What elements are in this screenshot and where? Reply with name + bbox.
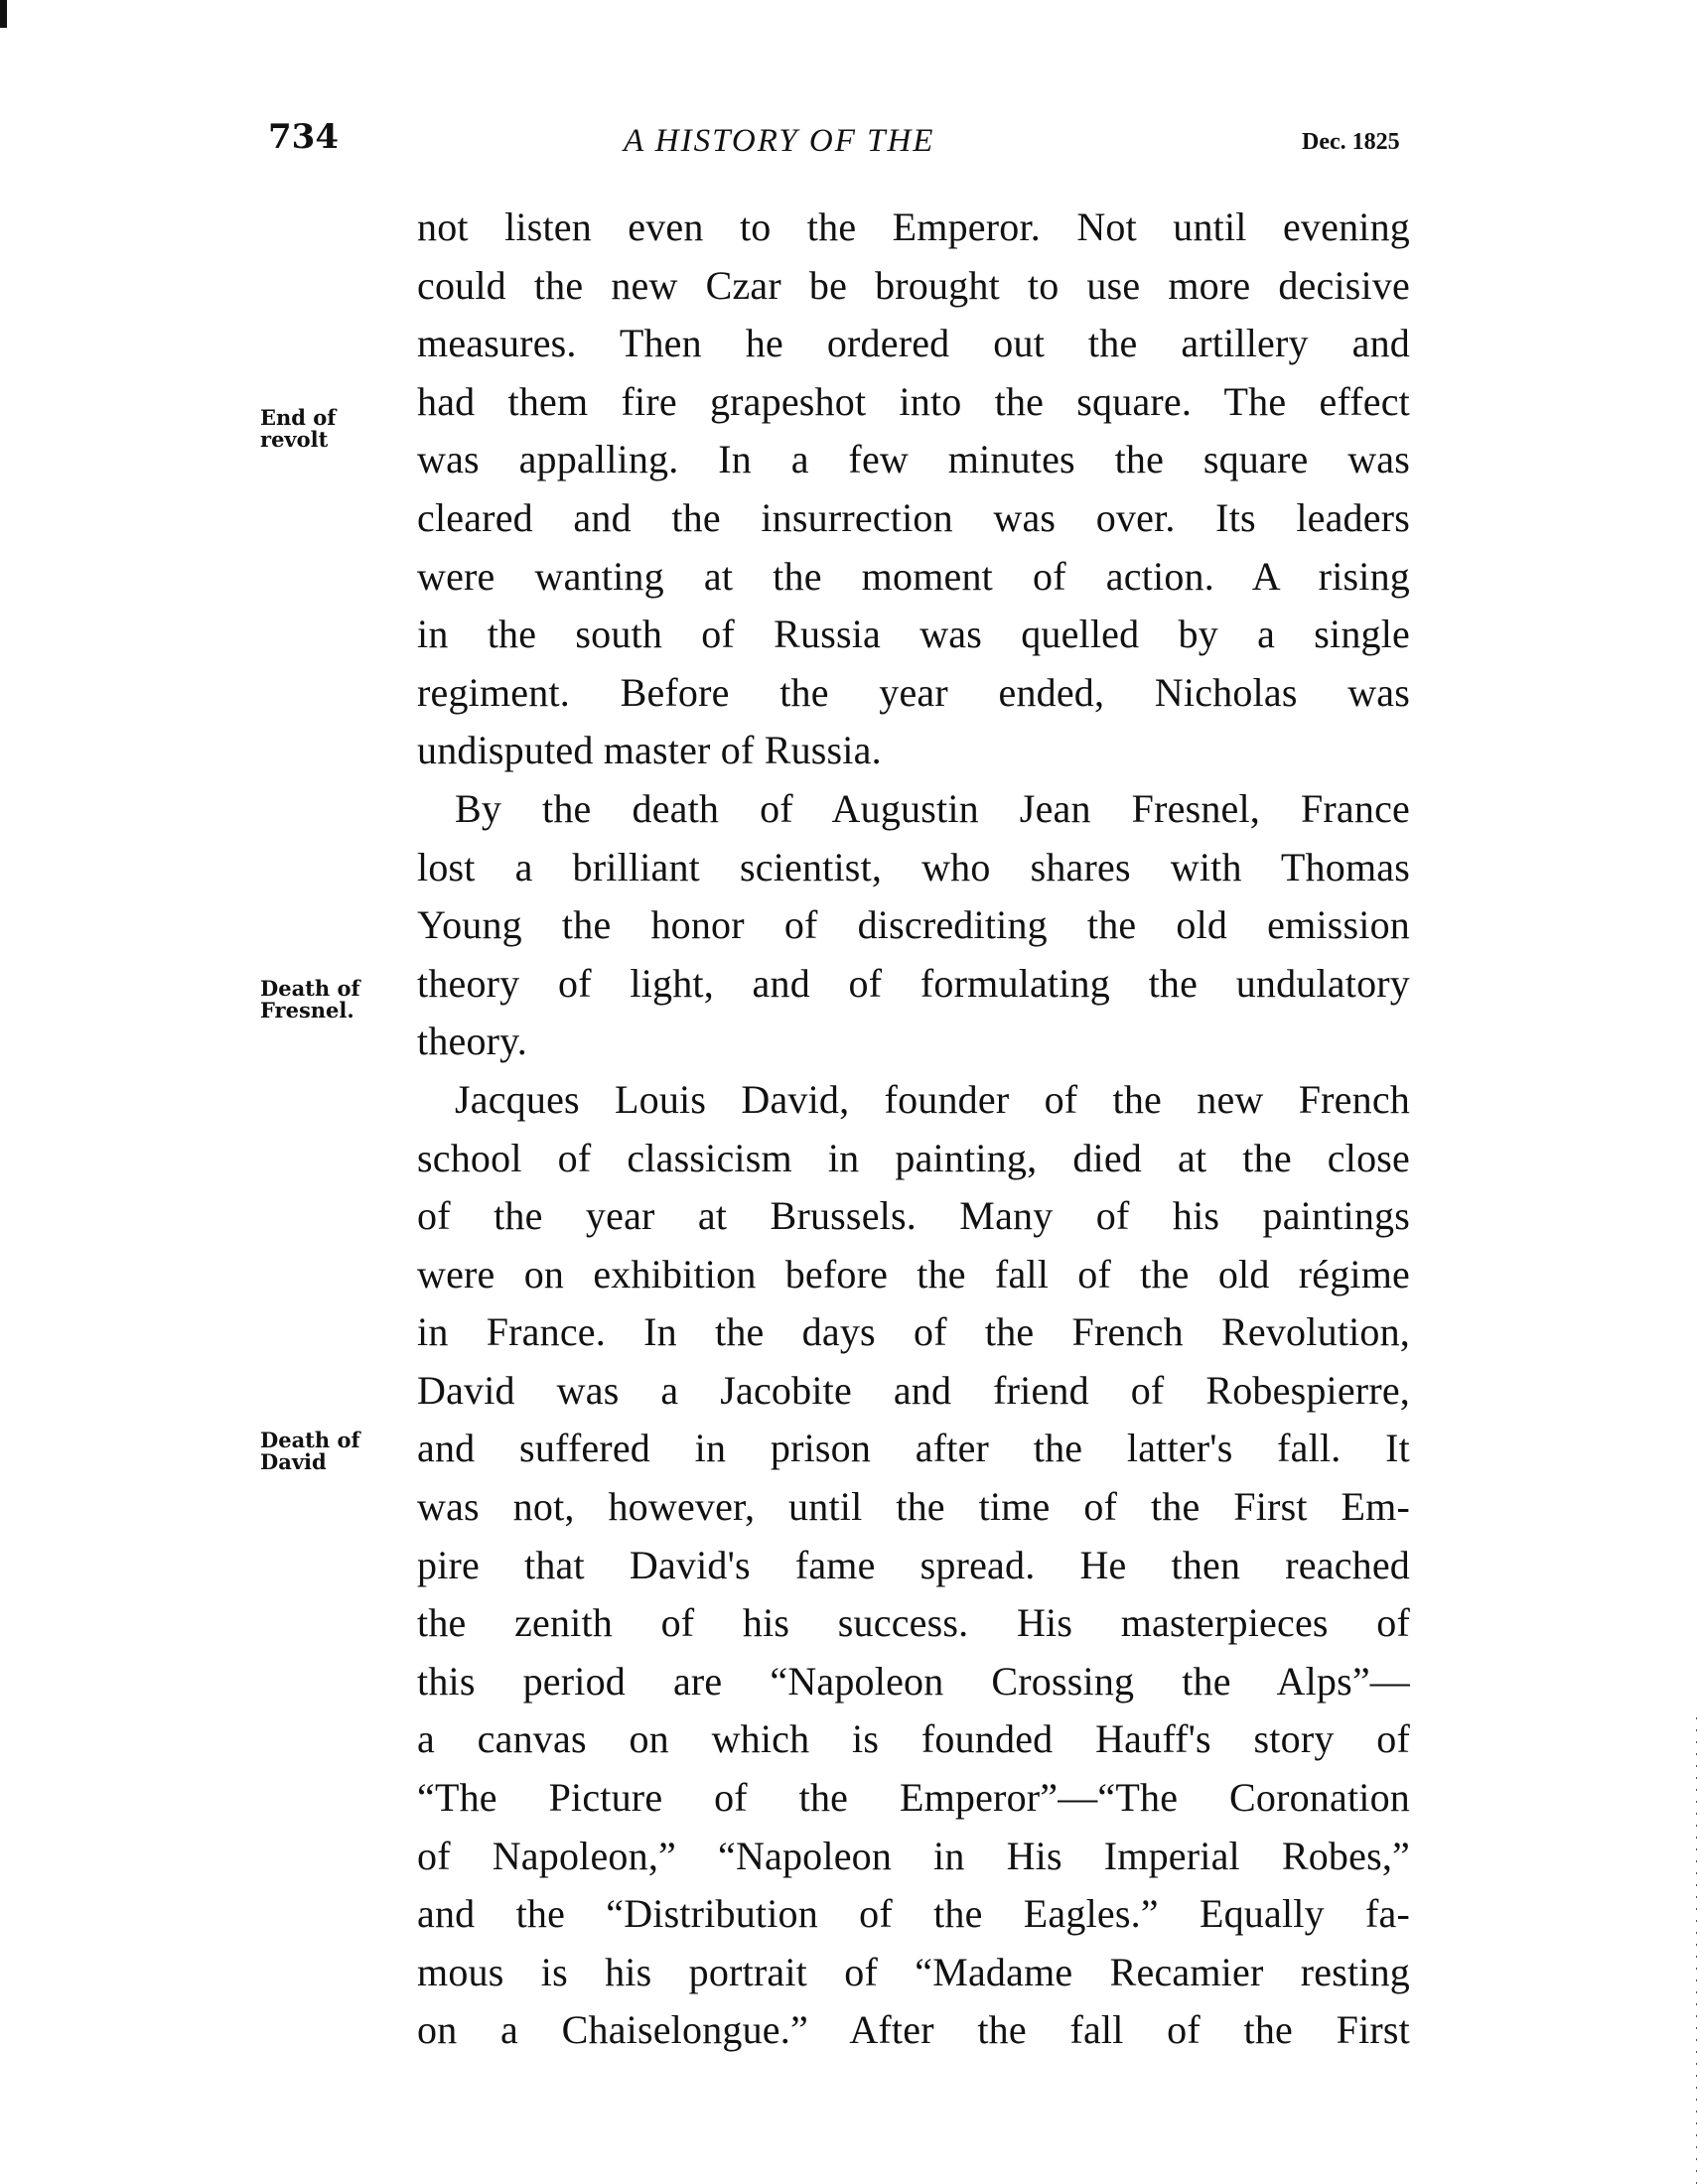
text-line: undisputed master of Russia.	[417, 722, 1410, 780]
text-line: the zenith of his success. His masterpie…	[417, 1594, 1410, 1653]
text-line: By the death of Augustin Jean Fresnel, F…	[417, 780, 1410, 839]
book-page: 734 A HISTORY OF THE Dec. 1825 End of re…	[0, 0, 1697, 2184]
text-line: mous is his portrait of “Madame Recamier…	[417, 1944, 1410, 2002]
text-line: of Napoleon,” “Napoleon in His Imperial …	[417, 1828, 1410, 1886]
text-line: a canvas on which is founded Hauff's sto…	[417, 1710, 1410, 1769]
text-line: were wanting at the moment of action. A …	[417, 548, 1410, 607]
text-line: lost a brilliant scientist, who shares w…	[417, 839, 1410, 897]
text-line: in the south of Russia was quelled by a …	[417, 606, 1410, 664]
text-line: on a Chaiselongue.” After the fall of th…	[417, 2001, 1410, 2060]
book-title: A HISTORY OF THE	[624, 123, 934, 159]
text-line: were on exhibition before the fall of th…	[417, 1246, 1410, 1304]
scan-artifact-mark	[0, 0, 7, 28]
text-line: had them fire grapeshot into the square.…	[417, 373, 1410, 432]
text-line: could the new Czar be brought to use mor…	[417, 257, 1410, 316]
text-line: Jacques Louis David, founder of the new …	[417, 1071, 1410, 1130]
text-line: school of classicism in painting, died a…	[417, 1130, 1410, 1188]
running-head: 734 A HISTORY OF THE Dec. 1825	[0, 117, 1697, 167]
text-line: David was a Jacobite and friend of Robes…	[417, 1362, 1410, 1421]
margin-note-line: End of	[260, 407, 336, 429]
text-line: Young the honor of discrediting the old …	[417, 896, 1410, 955]
margin-note-line: David	[260, 1451, 360, 1473]
margin-note-line: Death of	[260, 1430, 360, 1451]
text-line: and suffered in prison after the latter'…	[417, 1420, 1410, 1478]
text-line: in France. In the days of the French Rev…	[417, 1303, 1410, 1362]
body-text: not listen even to the Emperor. Not unti…	[417, 199, 1410, 2060]
text-line: “The Picture of the Emperor”—“The Corona…	[417, 1769, 1410, 1828]
text-line: was not, however, until the time of the …	[417, 1478, 1410, 1537]
text-line: pire that David's fame spread. He then r…	[417, 1537, 1410, 1595]
text-line: cleared and the insurrection was over. I…	[417, 489, 1410, 548]
text-line: theory of light, and of formulating the …	[417, 955, 1410, 1014]
margin-note-death-of-fresnel: Death of Fresnel.	[260, 978, 360, 1022]
text-line: measures. Then he ordered out the artill…	[417, 315, 1410, 373]
text-line: not listen even to the Emperor. Not unti…	[417, 199, 1410, 257]
margin-note-line: Death of	[260, 978, 360, 1000]
page-number: 734	[268, 117, 339, 157]
margin-note-line: Fresnel.	[260, 1000, 360, 1022]
margin-note-end-of-revolt: End of revolt	[260, 407, 336, 451]
text-line: regiment. Before the year ended, Nichola…	[417, 664, 1410, 723]
margin-note-line: revolt	[260, 429, 336, 451]
text-line: and the “Distribution of the Eagles.” Eq…	[417, 1885, 1410, 1944]
margin-note-death-of-david: Death of David	[260, 1430, 360, 1473]
text-line: of the year at Brussels. Many of his pai…	[417, 1187, 1410, 1246]
text-line: theory.	[417, 1013, 1410, 1071]
date-heading: Dec. 1825	[1302, 127, 1400, 157]
text-line: this period are “Napoleon Crossing the A…	[417, 1653, 1410, 1711]
text-line: was appalling. In a few minutes the squa…	[417, 431, 1410, 489]
